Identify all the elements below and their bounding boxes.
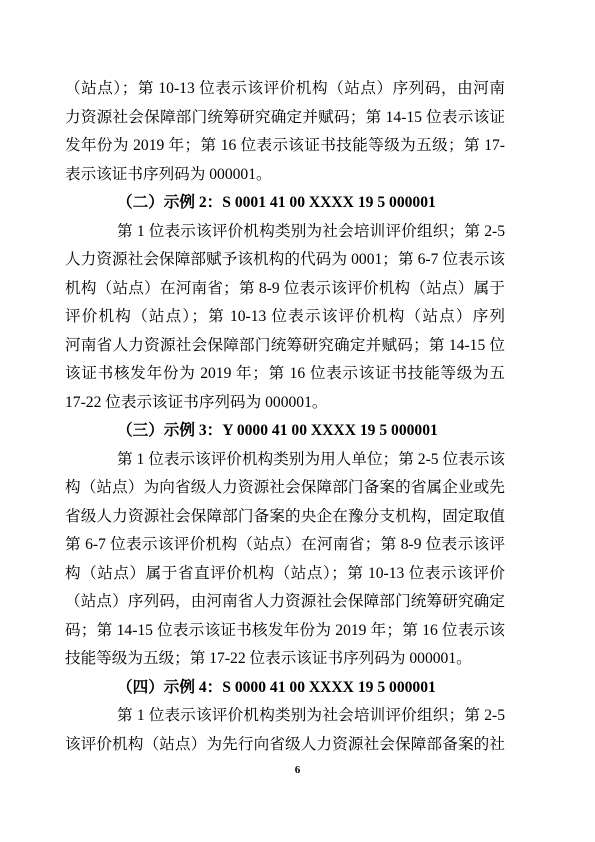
example-heading-block: （四）示例 4：S 0000 41 00 XXXX 19 5 000001 [65, 674, 505, 703]
text-line: （站点）；第 10-13 位表示该评价机构（站点）序列码，由河南省人 [65, 75, 505, 104]
text-line: 表示该证书序列码为 000001。 [65, 161, 505, 190]
document-body: （站点）；第 10-13 位表示该评价机构（站点）序列码，由河南省人力资源社会保… [65, 75, 505, 759]
page-number: 6 [0, 764, 595, 776]
text-line: 17-22 位表示该证书序列码为 000001。 [65, 389, 505, 418]
text-line: 发年份为 2019 年；第 16 位表示该证书技能等级为五级；第 17-22 位 [65, 132, 505, 161]
example-heading: （二）示例 2：S 0001 41 00 XXXX 19 5 000001 [65, 189, 505, 218]
paragraph-block: 第 1 位表示该评价机构类别为用人单位；第 2-5 位表示该评价机构（站点）为向… [65, 446, 505, 674]
text-line: 码；第 14-15 位表示该证书核发年份为 2019 年；第 16 位表示该证书 [65, 617, 505, 646]
text-line: 第 6-7 位表示该评价机构（站点）在河南省；第 8-9 位表示该评价机 [65, 531, 505, 560]
example-heading-block: （二）示例 2：S 0001 41 00 XXXX 19 5 000001 [65, 189, 505, 218]
text-line: 构（站点）为向省级人力资源社会保障部门备案的省属企业或先行向 [65, 474, 505, 503]
text-line: 第 1 位表示该评价机构类别为社会培训评价组织；第 2-5 位表示 [65, 218, 505, 247]
text-line: 构（站点）属于省直评价机构（站点）；第 10-13 位表示该评价机构 [65, 560, 505, 589]
text-line: 第 1 位表示该评价机构类别为用人单位；第 2-5 位表示该评价机 [65, 446, 505, 475]
paragraph-block: （站点）；第 10-13 位表示该评价机构（站点）序列码，由河南省人力资源社会保… [65, 75, 505, 189]
paragraph-block: 第 1 位表示该评价机构类别为社会培训评价组织；第 2-5 位表示该评价机构（站… [65, 702, 505, 759]
text-line: （站点）序列码，由河南省人力资源社会保障部门统筹研究确定并赋 [65, 588, 505, 617]
text-line: 该证书核发年份为 2019 年；第 16 位表示该证书技能等级为五级；第 [65, 360, 505, 389]
example-heading: （三）示例 3：Y 0000 41 00 XXXX 19 5 000001 [65, 417, 505, 446]
text-line: 该评价机构（站点）为先行向省级人力资源社会保障部备案的社会培 [65, 731, 505, 760]
text-line: 河南省人力资源社会保障部门统筹研究确定并赋码；第 14-15 位表示 [65, 332, 505, 361]
example-heading: （四）示例 4：S 0000 41 00 XXXX 19 5 000001 [65, 674, 505, 703]
text-line: 评价机构（站点）；第 10-13 位表示该评价机构（站点）序列码，由 [65, 303, 505, 332]
text-line: 人力资源社会保障部赋予该机构的代码为 0001；第 6-7 位表示该评价 [65, 246, 505, 275]
text-line: 力资源社会保障部门统筹研究确定并赋码；第 14-15 位表示该证书核 [65, 104, 505, 133]
text-line: 机构（站点）在河南省；第 8-9 位表示该评价机构（站点）属于省直 [65, 275, 505, 304]
text-line: 第 1 位表示该评价机构类别为社会培训评价组织；第 2-5 位表示 [65, 702, 505, 731]
text-line: 技能等级为五级；第 17-22 位表示该证书序列码为 000001。 [65, 645, 505, 674]
document-page: （站点）；第 10-13 位表示该评价机构（站点）序列码，由河南省人力资源社会保… [0, 0, 595, 842]
example-heading-block: （三）示例 3：Y 0000 41 00 XXXX 19 5 000001 [65, 417, 505, 446]
text-line: 省级人力资源社会保障部门备案的央企在豫分支机构，固定取值 0000； [65, 503, 505, 532]
paragraph-block: 第 1 位表示该评价机构类别为社会培训评价组织；第 2-5 位表示人力资源社会保… [65, 218, 505, 418]
